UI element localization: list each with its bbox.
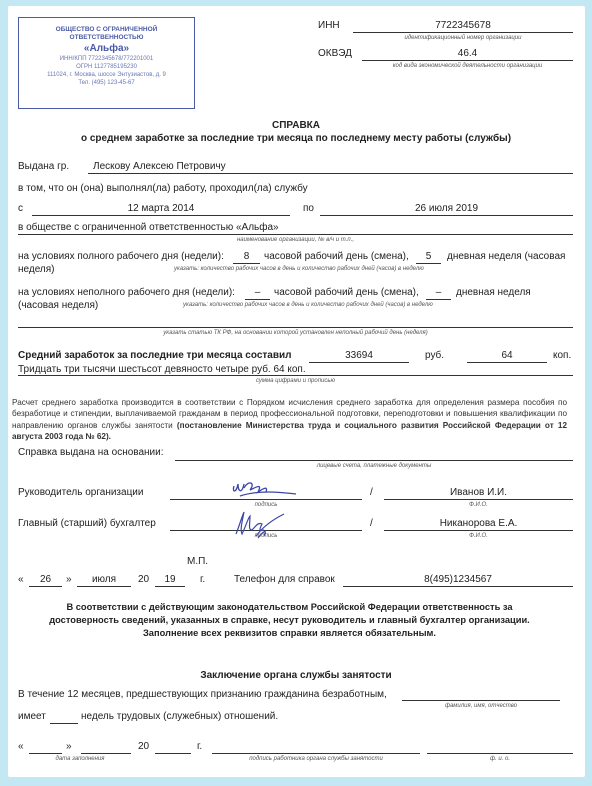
stamp-phone: Тел. (495) 123-45-67 <box>19 79 194 87</box>
accountant-label: Главный (старший) бухгалтер <box>18 518 156 529</box>
salary-kop-line <box>467 362 547 363</box>
full-time-line2: неделя) <box>18 264 55 275</box>
phone-label: Телефон для справок <box>234 574 335 585</box>
date-day[interactable]: 26 <box>29 574 62 585</box>
worked-text: в том, что он (она) выполнял(ла) работу,… <box>18 183 308 194</box>
notice-line-3: Заполнение всех реквизитов справки являе… <box>12 627 567 640</box>
inn-caption: идентификационный номер организации <box>353 35 573 41</box>
okved-caption: код вида экономической деятельности орга… <box>362 63 573 69</box>
basis-line[interactable] <box>175 460 573 461</box>
date-month-line <box>77 586 131 587</box>
accountant-name-caption: Ф.И.О. <box>384 533 573 539</box>
notice-line-1: В соответствии с действующим законодател… <box>12 601 567 614</box>
conclusion-line1: В течение 12 месяцев, предшествующих при… <box>18 689 387 700</box>
full-time-prefix: на условиях полного рабочего дня (недели… <box>18 251 224 262</box>
article-line[interactable] <box>18 327 573 328</box>
conclusion-day-line[interactable] <box>29 753 62 754</box>
part-time-caption: указать: количество рабочих часов в день… <box>183 302 433 308</box>
stamp-place-label: М.П. <box>187 556 208 567</box>
organization-line <box>18 234 573 235</box>
conclusion-sign-line[interactable] <box>212 753 420 754</box>
head-name-line <box>384 499 573 500</box>
part-time-mid: часовой рабочий день (смена), <box>274 287 419 298</box>
head-name-caption: Ф.И.О. <box>384 502 573 508</box>
part-time-suffix: дневная неделя <box>456 287 531 298</box>
conclusion-date-caption: дата заполнения <box>29 756 131 762</box>
date-month[interactable]: июля <box>77 574 131 585</box>
stamp-name: «Альфа» <box>19 43 194 55</box>
conclusion-sign-caption: подпись работника органа службы занятост… <box>212 756 420 762</box>
full-time-suffix: дневная неделя (часовая <box>447 251 565 262</box>
full-time-days-line <box>416 263 441 264</box>
period-to-value[interactable]: 26 июля 2019 <box>320 203 573 214</box>
conclusion-fio-caption: фамилия, имя, отчество <box>402 703 560 709</box>
period-from-line <box>32 215 290 216</box>
full-time-days[interactable]: 5 <box>416 251 441 262</box>
conclusion-year-line[interactable] <box>155 753 191 754</box>
stamp-inn-kpp: ИНН/КПП 7722345678/772201001 <box>19 55 194 63</box>
salary-rub-line <box>309 362 409 363</box>
issued-to-value[interactable]: Лескову Алексею Петровичу <box>93 161 226 172</box>
inn-line <box>353 32 573 33</box>
phone-line <box>343 586 573 587</box>
full-time-hours-line <box>233 263 260 264</box>
salary-rub[interactable]: 33694 <box>309 350 409 361</box>
salary-kop-label: коп. <box>553 350 571 361</box>
conclusion-date-open: « <box>18 741 24 752</box>
full-time-hours[interactable]: 8 <box>233 251 260 262</box>
salary-kop[interactable]: 64 <box>467 350 547 361</box>
article-caption: указать статью ТК РФ, на основании котор… <box>18 330 573 336</box>
head-label: Руководитель организации <box>18 487 143 498</box>
date-suffix: г. <box>200 574 205 585</box>
stamp-address: 111024, г. Москва, шоссе Энтузиастов, д.… <box>19 71 194 79</box>
okved-value[interactable]: 46.4 <box>362 48 573 59</box>
conclusion-has-prefix: имеет <box>18 711 46 722</box>
okved-label: ОКВЭД <box>318 48 352 59</box>
accountant-sign-caption: подпись <box>170 533 362 539</box>
organization-stamp: ОБЩЕСТВО С ОГРАНИЧЕННОЙ ОТВЕТСТВЕННОСТЬЮ… <box>18 17 195 109</box>
salary-caption: сумма цифрами и прописью <box>18 378 573 384</box>
salary-label: Средний заработок за последние три месяц… <box>18 350 292 361</box>
accountant-name[interactable]: Никанорова Е.А. <box>384 518 573 529</box>
date-close-quote: » <box>66 574 72 585</box>
basis-caption: лицевые счета, платежные документы <box>175 463 573 469</box>
part-time-hours[interactable]: – <box>245 287 270 298</box>
calculation-paragraph: Расчет среднего заработка производится в… <box>12 397 567 442</box>
accountant-slash: / <box>370 518 373 529</box>
salary-words[interactable]: Тридцать три тысячи шестьсот девяносто ч… <box>18 364 306 375</box>
responsibility-notice: В соответствии с действующим законодател… <box>12 601 567 640</box>
salary-words-line <box>18 375 573 376</box>
phone-value[interactable]: 8(495)1234567 <box>343 574 573 585</box>
conclusion-year-suffix: г. <box>197 741 202 752</box>
stamp-line1: ОБЩЕСТВО С ОГРАНИЧЕННОЙ <box>19 26 194 34</box>
part-time-hours-line <box>245 299 270 300</box>
head-name[interactable]: Иванов И.И. <box>384 487 573 498</box>
inn-label: ИНН <box>318 20 340 31</box>
conclusion-fio-short-line[interactable] <box>427 753 573 754</box>
salary-rub-label: руб. <box>425 350 444 361</box>
inn-value[interactable]: 7722345678 <box>353 20 573 31</box>
conclusion-fio-line[interactable] <box>402 700 560 701</box>
conclusion-date-close: » <box>66 741 72 752</box>
organization-caption: наименование организации, № в/ч и т.п., <box>18 237 573 243</box>
date-year-line <box>155 586 185 587</box>
conclusion-weeks-line[interactable] <box>50 723 78 724</box>
head-slash: / <box>370 487 373 498</box>
date-year[interactable]: 19 <box>155 574 185 585</box>
page-title: СПРАВКА <box>0 120 592 131</box>
stamp-ogrn: ОГРН 1127785195230 <box>19 63 194 71</box>
conclusion-has-suffix: недель трудовых (служебных) отношений. <box>81 711 278 722</box>
period-from-value[interactable]: 12 марта 2014 <box>32 203 290 214</box>
page-subtitle: о среднем заработке за последние три мес… <box>0 133 592 144</box>
part-time-prefix: на условиях неполного рабочего дня (неде… <box>18 287 235 298</box>
organization-value[interactable]: в обществе с ограниченной ответственност… <box>18 222 279 233</box>
notice-line-2: достоверность сведений, указанных в спра… <box>12 614 567 627</box>
part-time-line2: (часовая неделя) <box>18 300 98 311</box>
full-time-mid: часовой рабочий день (смена), <box>264 251 409 262</box>
period-from-label: с <box>18 203 23 214</box>
issued-to-line <box>88 173 573 174</box>
conclusion-century: 20 <box>138 741 149 752</box>
period-to-line <box>320 215 573 216</box>
conclusion-title: Заключение органа службы занятости <box>0 670 592 681</box>
conclusion-fio-short-caption: ф. и. о. <box>427 756 573 762</box>
part-time-days-line <box>426 299 451 300</box>
part-time-days[interactable]: – <box>426 287 451 298</box>
date-open-quote: « <box>18 574 24 585</box>
date-century: 20 <box>138 574 149 585</box>
issued-to-label: Выдана гр. <box>18 161 69 172</box>
stamp-line2: ОТВЕТСТВЕННОСТЬЮ <box>19 34 194 42</box>
basis-label: Справка выдана на основании: <box>18 447 164 458</box>
period-to-label: по <box>303 203 314 214</box>
conclusion-month-line[interactable] <box>81 753 131 754</box>
accountant-name-line <box>384 530 573 531</box>
full-time-caption: указать: количество рабочих часов в день… <box>174 266 424 272</box>
date-day-line <box>29 586 62 587</box>
okved-line <box>362 60 573 61</box>
